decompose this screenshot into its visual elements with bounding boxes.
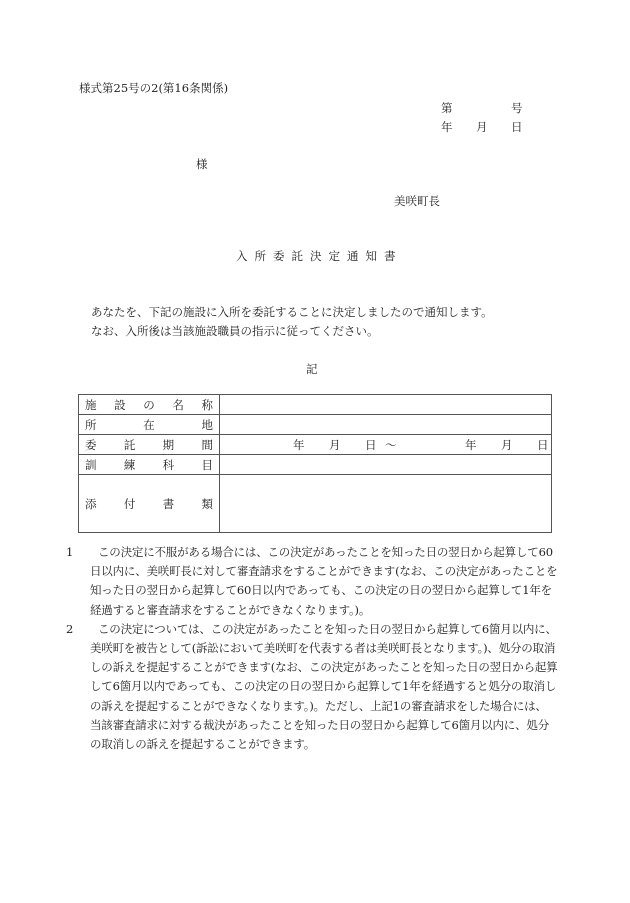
date-day: 日 [511, 119, 523, 135]
label-facility-name: 施設の名称 [79, 395, 220, 415]
issuer: 美咲町長 [394, 193, 440, 209]
form-label: 様式第25号の2(第16条関係) [79, 80, 228, 96]
value-location[interactable] [220, 415, 552, 435]
label-attachments: 添付書類 [79, 475, 220, 533]
record-heading: 記 [306, 361, 318, 377]
table-row: 訓練科目 [79, 455, 552, 475]
label-location: 所在地 [79, 415, 220, 435]
record-table: 施設の名称 所在地 委託期間 年 月 日 ～ 年 月 日 訓練科目 [78, 394, 552, 533]
addressee-suffix: 様 [196, 156, 208, 172]
notes: 1この決定に不服がある場合には、この決定があったことを知った日の翌日から起算して… [78, 543, 558, 754]
label-period: 委託期間 [79, 435, 220, 455]
note-2: 2この決定については、この決定があったことを知った日の翌日から起算して6箇月以内… [78, 620, 558, 754]
number-suffix: 号 [511, 100, 523, 116]
note-1: 1この決定に不服がある場合には、この決定があったことを知った日の翌日から起算して… [78, 543, 558, 620]
table-row: 添付書類 [79, 475, 552, 533]
label-training-subject: 訓練科目 [79, 455, 220, 475]
number-prefix: 第 [441, 100, 453, 116]
table-row: 委託期間 年 月 日 ～ 年 月 日 [79, 435, 552, 455]
value-facility-name[interactable] [220, 395, 552, 415]
table-row: 施設の名称 [79, 395, 552, 415]
body-line-1: あなたを、下記の施設に入所を委託することに決定しましたので通知します。 [91, 304, 493, 320]
date-year: 年 [441, 119, 453, 135]
document-title: 入所委託決定通知書 [236, 248, 403, 264]
body-line-2: なお、入所後は当該施設職員の指示に従ってください。 [91, 323, 379, 339]
value-period[interactable]: 年 月 日 ～ 年 月 日 [220, 435, 552, 455]
date-month: 月 [476, 119, 488, 135]
table-row: 所在地 [79, 415, 552, 435]
value-training-subject[interactable] [220, 455, 552, 475]
value-attachments[interactable] [220, 475, 552, 533]
